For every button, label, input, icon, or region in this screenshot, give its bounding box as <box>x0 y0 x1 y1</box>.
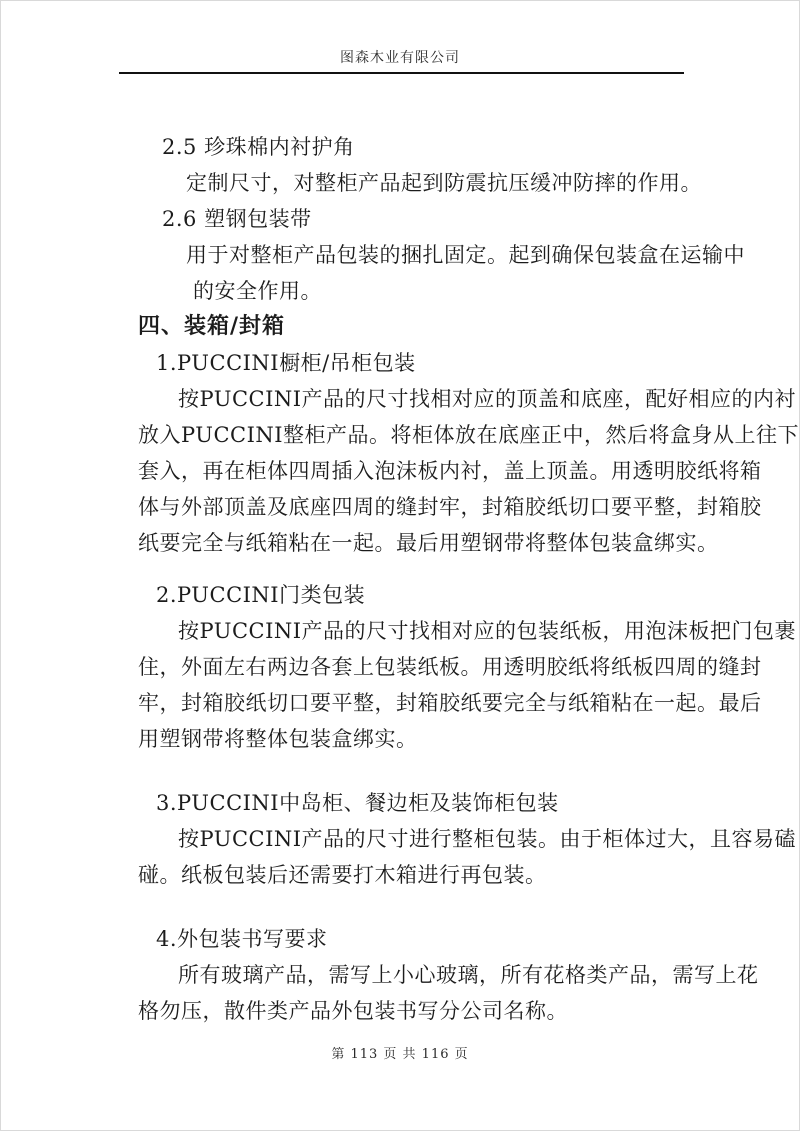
text-line: 体与外部顶盖及底座四周的缝封牢，封箱胶纸切口要平整，封箱胶 <box>138 489 748 525</box>
text-line: 住，外面左右两边各套上包装纸板。用透明胶纸将纸板四周的缝封 <box>138 649 748 685</box>
paragraph-gap <box>138 757 748 785</box>
text-line: 2.PUCCINI门类包装 <box>156 577 748 613</box>
text-line: 按PUCCINI产品的尺寸找相对应的顶盖和底座，配好相应的内衬 <box>178 381 748 417</box>
text-line: 2.6 塑钢包装带 <box>162 201 748 237</box>
text-line: 的安全作用。 <box>193 273 748 309</box>
page-footer-page-number: 第 113 页 共 116 页 <box>1 1043 799 1062</box>
text-line: 所有玻璃产品，需写上小心玻璃，所有花格类产品，需写上花 <box>178 957 748 993</box>
text-line: 按PUCCINI产品的尺寸找相对应的包装纸板，用泡沫板把门包裹 <box>178 613 748 649</box>
paragraph-gap <box>138 893 748 921</box>
text-line: 4.外包装书写要求 <box>156 921 748 957</box>
text-line: 2.5 珍珠棉内衬护角 <box>162 129 748 165</box>
text-line: 格勿压，散件类产品外包装书写分公司名称。 <box>138 993 748 1029</box>
text-line: 1.PUCCINI橱柜/吊柜包装 <box>156 345 748 381</box>
text-line: 放入PUCCINI整柜产品。将柜体放在底座正中，然后将盒身从上往下 <box>138 417 748 453</box>
document-body: 2.5 珍珠棉内衬护角定制尺寸，对整柜产品起到防震抗压缓冲防摔的作用。2.6 塑… <box>138 129 748 1029</box>
text-line: 碰。纸板包装后还需要打木箱进行再包装。 <box>138 857 748 893</box>
text-line: 牢，封箱胶纸切口要平整，封箱胶纸要完全与纸箱粘在一起。最后 <box>138 685 748 721</box>
text-line: 按PUCCINI产品的尺寸进行整柜包装。由于柜体过大，且容易磕 <box>178 821 748 857</box>
page-header-company-name: 图森木业有限公司 <box>1 47 799 67</box>
text-line: 套入，再在柜体四周插入泡沫板内衬，盖上顶盖。用透明胶纸将箱 <box>138 453 748 489</box>
paragraph-gap <box>138 561 748 577</box>
text-line: 四、装箱/封箱 <box>138 309 748 345</box>
text-line: 用于对整柜产品包装的捆扎固定。起到确保包装盒在运输中 <box>186 237 748 273</box>
text-line: 3.PUCCINI中岛柜、餐边柜及装饰柜包装 <box>156 785 748 821</box>
text-line: 定制尺寸，对整柜产品起到防震抗压缓冲防摔的作用。 <box>186 165 748 201</box>
header-rule <box>119 72 684 74</box>
text-line: 纸要完全与纸箱粘在一起。最后用塑钢带将整体包装盒绑实。 <box>138 525 748 561</box>
text-line: 用塑钢带将整体包装盒绑实。 <box>138 721 748 757</box>
document-page: 图森木业有限公司 2.5 珍珠棉内衬护角定制尺寸，对整柜产品起到防震抗压缓冲防摔… <box>0 0 800 1131</box>
